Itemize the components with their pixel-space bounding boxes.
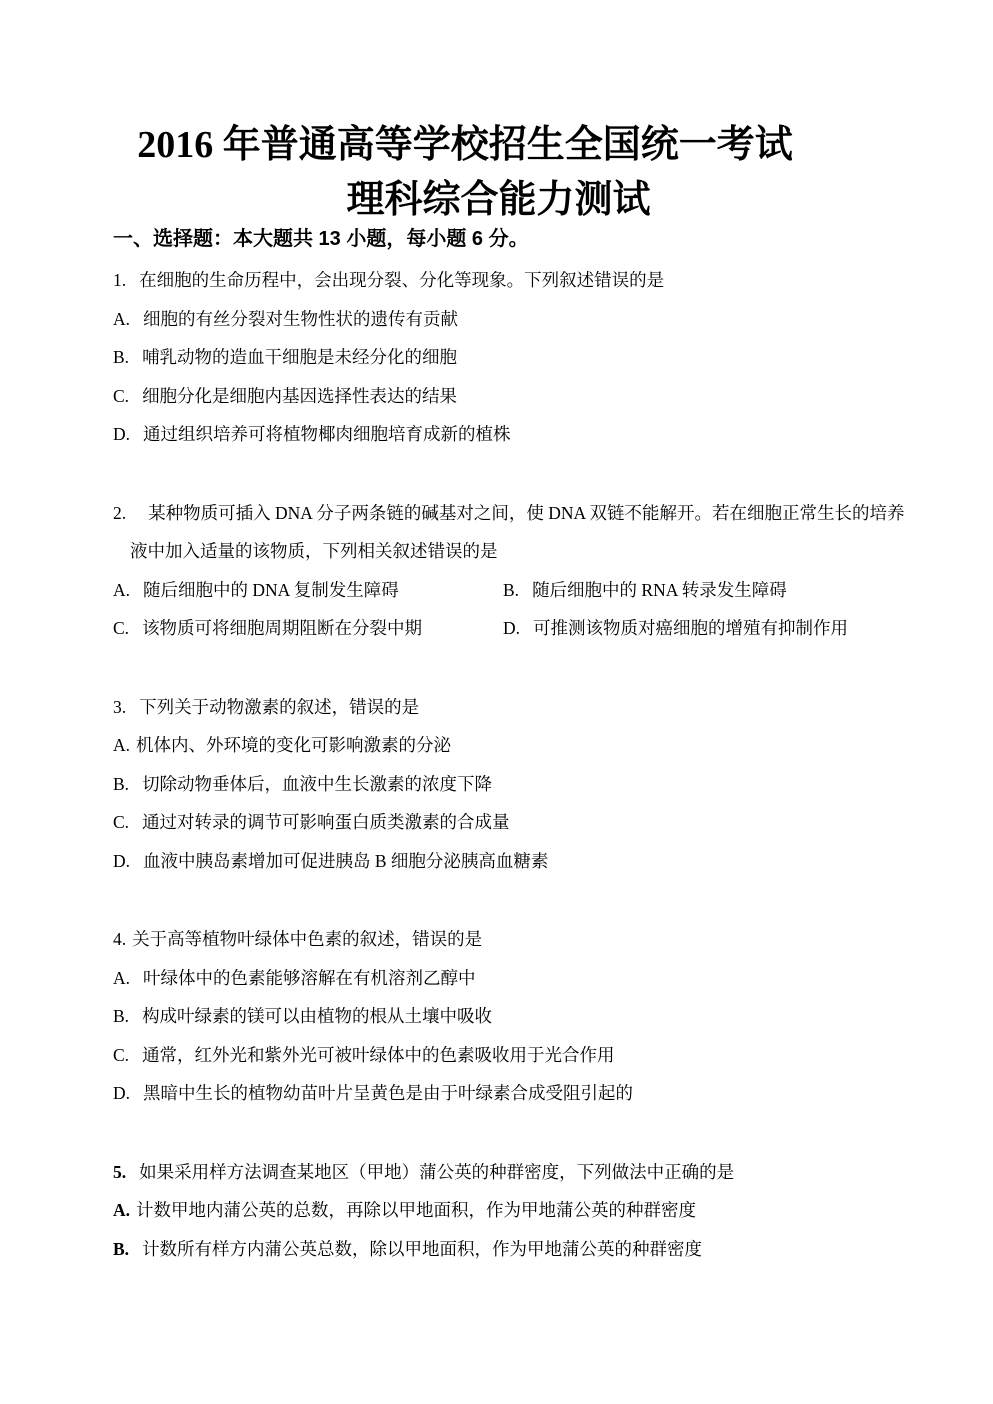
- question-5: 5.如果采用样方法调查某地区（甲地）蒲公英的种群密度，下列做法中正确的是 A.计…: [113, 1153, 884, 1269]
- question-1-number: 1.: [113, 261, 126, 300]
- question-4-option-d: D.黑暗中生长的植物幼苗叶片呈黄色是由于叶绿素合成受阻引起的: [113, 1074, 884, 1113]
- question-5-option-b-label: B.: [113, 1230, 129, 1269]
- question-2-stem: 2.某种物质可插入 DNA 分子两条链的碱基对之间，使 DNA 双链不能解开。若…: [113, 494, 884, 533]
- question-3-option-c-label: C.: [113, 803, 129, 842]
- question-3-option-c-text: 通过对转录的调节可影响蛋白质类激素的合成量: [142, 812, 510, 832]
- question-2-option-c: C.该物质可将细胞周期阻断在分裂中期: [113, 609, 503, 648]
- question-5-stem-text: 如果采用样方法调查某地区（甲地）蒲公英的种群密度，下列做法中正确的是: [139, 1162, 734, 1182]
- question-4-option-a-label: A.: [113, 959, 130, 998]
- question-4-option-c: C.通常，红外光和紫外光可被叶绿体中的色素吸收用于光合作用: [113, 1036, 884, 1075]
- exam-subtitle: 理科综合能力测试: [113, 175, 884, 225]
- question-2-option-a-label: A.: [113, 571, 130, 610]
- question-2-option-d: D.可推测该物质对癌细胞的增殖有抑制作用: [503, 609, 884, 648]
- question-1: 1.在细胞的生命历程中，会出现分裂、分化等现象。下列叙述错误的是 A.细胞的有丝…: [113, 261, 884, 454]
- question-5-option-a-text: 计数甲地内蒲公英的总数，再除以甲地面积，作为甲地蒲公英的种群密度: [136, 1200, 696, 1220]
- question-4-number: 4.: [113, 920, 126, 959]
- question-5-option-a-label: A.: [113, 1191, 130, 1230]
- question-1-stem-text: 在细胞的生命历程中，会出现分裂、分化等现象。下列叙述错误的是: [139, 270, 664, 290]
- question-2-stem-text: 某种物质可插入 DNA 分子两条链的碱基对之间，使 DNA 双链不能解开。若在细…: [148, 503, 904, 523]
- question-2-option-c-label: C.: [113, 609, 129, 648]
- question-2-option-d-text: 可推测该物质对癌细胞的增殖有抑制作用: [533, 618, 848, 638]
- question-4-option-d-text: 黑暗中生长的植物幼苗叶片呈黄色是由于叶绿素合成受阻引起的: [143, 1083, 633, 1103]
- question-1-option-b-text: 哺乳动物的造血干细胞是未经分化的细胞: [142, 347, 457, 367]
- question-4-option-c-label: C.: [113, 1036, 129, 1075]
- question-1-option-a: A.细胞的有丝分裂对生物性状的遗传有贡献: [113, 300, 884, 339]
- question-2-option-a-text: 随后细胞中的 DNA 复制发生障碍: [143, 580, 399, 600]
- section-heading: 一、选择题：本大题共 13 小题，每小题 6 分。: [113, 225, 884, 253]
- question-2-option-row-2: C.该物质可将细胞周期阻断在分裂中期 D.可推测该物质对癌细胞的增殖有抑制作用: [113, 609, 884, 648]
- question-3-option-b-text: 切除动物垂体后，血液中生长激素的浓度下降: [142, 774, 492, 794]
- question-1-option-c-text: 细胞分化是细胞内基因选择性表达的结果: [142, 386, 457, 406]
- question-3-stem: 3.下列关于动物激素的叙述，错误的是: [113, 688, 884, 727]
- question-3-option-d-label: D.: [113, 842, 130, 881]
- question-2: 2.某种物质可插入 DNA 分子两条链的碱基对之间，使 DNA 双链不能解开。若…: [113, 494, 884, 648]
- question-list: 1.在细胞的生命历程中，会出现分裂、分化等现象。下列叙述错误的是 A.细胞的有丝…: [113, 261, 884, 1268]
- question-4-option-a-text: 叶绿体中的色素能够溶解在有机溶剂乙醇中: [143, 968, 476, 988]
- question-1-option-d-label: D.: [113, 415, 130, 454]
- question-2-option-b: B.随后细胞中的 RNA 转录发生障碍: [503, 571, 884, 610]
- question-5-stem: 5.如果采用样方法调查某地区（甲地）蒲公英的种群密度，下列做法中正确的是: [113, 1153, 884, 1192]
- question-5-option-a: A.计数甲地内蒲公英的总数，再除以甲地面积，作为甲地蒲公英的种群密度: [113, 1191, 884, 1230]
- question-4-option-b-label: B.: [113, 997, 129, 1036]
- question-1-option-d: D.通过组织培养可将植物椰肉细胞培育成新的植株: [113, 415, 884, 454]
- question-1-option-c-label: C.: [113, 377, 129, 416]
- question-4-option-b: B.构成叶绿素的镁可以由植物的根从土壤中吸收: [113, 997, 884, 1036]
- question-1-option-c: C.细胞分化是细胞内基因选择性表达的结果: [113, 377, 884, 416]
- question-5-number: 5.: [113, 1153, 126, 1192]
- question-2-option-c-text: 该物质可将细胞周期阻断在分裂中期: [142, 618, 422, 638]
- question-2-number: 2.: [113, 494, 126, 533]
- question-3-option-b: B.切除动物垂体后，血液中生长激素的浓度下降: [113, 765, 884, 804]
- question-1-stem: 1.在细胞的生命历程中，会出现分裂、分化等现象。下列叙述错误的是: [113, 261, 884, 300]
- question-3: 3.下列关于动物激素的叙述，错误的是 A.机体内、外环境的变化可影响激素的分泌 …: [113, 688, 884, 881]
- question-1-option-d-text: 通过组织培养可将植物椰肉细胞培育成新的植株: [143, 424, 511, 444]
- exam-title: 2016 年普通高等学校招生全国统一考试: [113, 120, 884, 170]
- question-4-option-a: A.叶绿体中的色素能够溶解在有机溶剂乙醇中: [113, 959, 884, 998]
- question-4-stem-text: 关于高等植物叶绿体中色素的叙述，错误的是: [132, 929, 482, 949]
- exam-page: 2016 年普通高等学校招生全国统一考试 理科综合能力测试 一、选择题：本大题共…: [0, 0, 993, 1404]
- question-1-option-b-label: B.: [113, 338, 129, 377]
- question-1-option-b: B.哺乳动物的造血干细胞是未经分化的细胞: [113, 338, 884, 377]
- question-2-stem-line2: 液中加入适量的该物质，下列相关叙述错误的是: [113, 532, 884, 571]
- question-4: 4.关于高等植物叶绿体中色素的叙述，错误的是 A.叶绿体中的色素能够溶解在有机溶…: [113, 920, 884, 1113]
- question-4-option-d-label: D.: [113, 1074, 130, 1113]
- question-3-stem-text: 下列关于动物激素的叙述，错误的是: [139, 697, 419, 717]
- question-2-option-row-1: A.随后细胞中的 DNA 复制发生障碍 B.随后细胞中的 RNA 转录发生障碍: [113, 571, 884, 610]
- question-3-option-b-label: B.: [113, 765, 129, 804]
- question-3-option-a-text: 机体内、外环境的变化可影响激素的分泌: [136, 735, 451, 755]
- question-4-option-c-text: 通常，红外光和紫外光可被叶绿体中的色素吸收用于光合作用: [142, 1045, 615, 1065]
- question-1-option-a-label: A.: [113, 300, 130, 339]
- question-1-option-a-text: 细胞的有丝分裂对生物性状的遗传有贡献: [143, 309, 458, 329]
- question-2-option-b-label: B.: [503, 571, 519, 610]
- question-4-option-b-text: 构成叶绿素的镁可以由植物的根从土壤中吸收: [142, 1006, 492, 1026]
- question-5-option-b-text: 计数所有样方内蒲公英总数，除以甲地面积，作为甲地蒲公英的种群密度: [142, 1239, 702, 1259]
- question-3-option-c: C.通过对转录的调节可影响蛋白质类激素的合成量: [113, 803, 884, 842]
- question-2-option-a: A.随后细胞中的 DNA 复制发生障碍: [113, 571, 503, 610]
- question-2-option-b-text: 随后细胞中的 RNA 转录发生障碍: [532, 580, 787, 600]
- question-3-number: 3.: [113, 688, 126, 727]
- question-3-option-a: A.机体内、外环境的变化可影响激素的分泌: [113, 726, 884, 765]
- question-5-option-b: B.计数所有样方内蒲公英总数，除以甲地面积，作为甲地蒲公英的种群密度: [113, 1230, 884, 1269]
- question-3-option-d: D.血液中胰岛素增加可促进胰岛 B 细胞分泌胰高血糖素: [113, 842, 884, 881]
- question-3-option-d-text: 血液中胰岛素增加可促进胰岛 B 细胞分泌胰高血糖素: [143, 851, 548, 871]
- question-2-option-d-label: D.: [503, 609, 520, 648]
- question-4-stem: 4.关于高等植物叶绿体中色素的叙述，错误的是: [113, 920, 884, 959]
- question-3-option-a-label: A.: [113, 726, 130, 765]
